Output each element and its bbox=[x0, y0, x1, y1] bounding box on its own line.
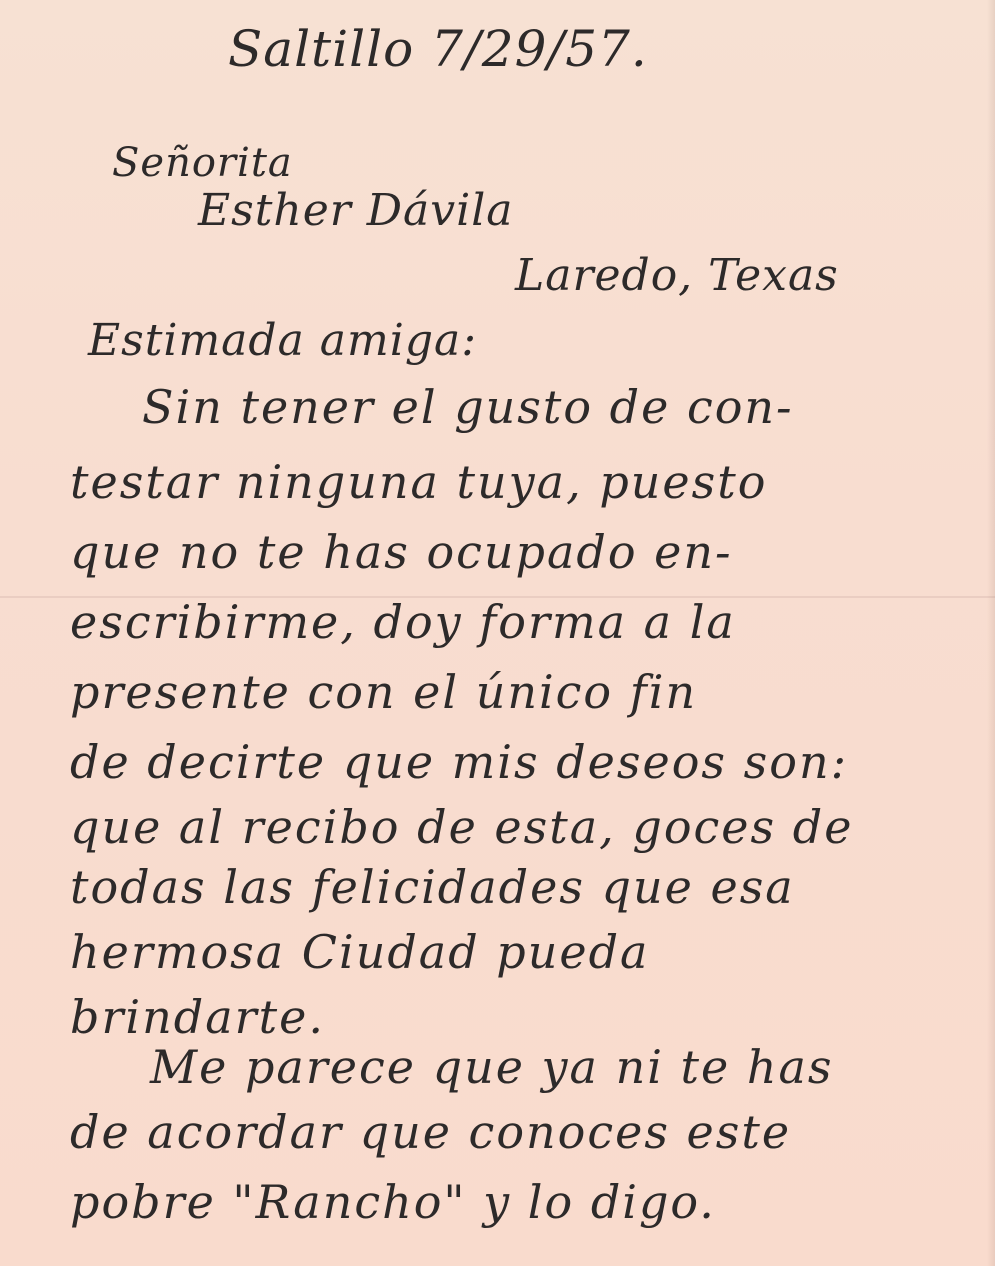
letter-line: pobre "Rancho" y lo digo. bbox=[70, 1175, 716, 1229]
place-date-heading: Saltillo 7/29/57. bbox=[228, 20, 648, 78]
letter-line: hermosa Ciudad pueda bbox=[70, 925, 649, 979]
letter-page: Saltillo 7/29/57. Señorita Esther Dávila… bbox=[0, 0, 995, 1266]
letter-line: de acordar que conoces este bbox=[70, 1105, 791, 1159]
recipient-name: Esther Dávila bbox=[198, 185, 514, 236]
letter-line: escribirme, doy forma a la bbox=[70, 595, 736, 649]
letter-line: Me parece que ya ni te has bbox=[150, 1040, 834, 1094]
recipient-city: Laredo, Texas bbox=[515, 250, 839, 301]
salutation-title: Señorita bbox=[112, 140, 293, 186]
letter-line: Sin tener el gusto de con- bbox=[142, 380, 794, 434]
greeting: Estimada amiga: bbox=[88, 315, 477, 366]
letter-line: de decirte que mis deseos son: bbox=[70, 735, 848, 789]
letter-line: que no te has ocupado en- bbox=[70, 525, 733, 579]
letter-line: que al recibo de esta, goces de bbox=[70, 800, 853, 854]
letter-line: presente con el único fin bbox=[70, 665, 697, 719]
letter-line: brindarte. bbox=[70, 990, 325, 1044]
letter-line: testar ninguna tuya, puesto bbox=[70, 455, 767, 509]
letter-line: todas las felicidades que esa bbox=[70, 860, 795, 914]
